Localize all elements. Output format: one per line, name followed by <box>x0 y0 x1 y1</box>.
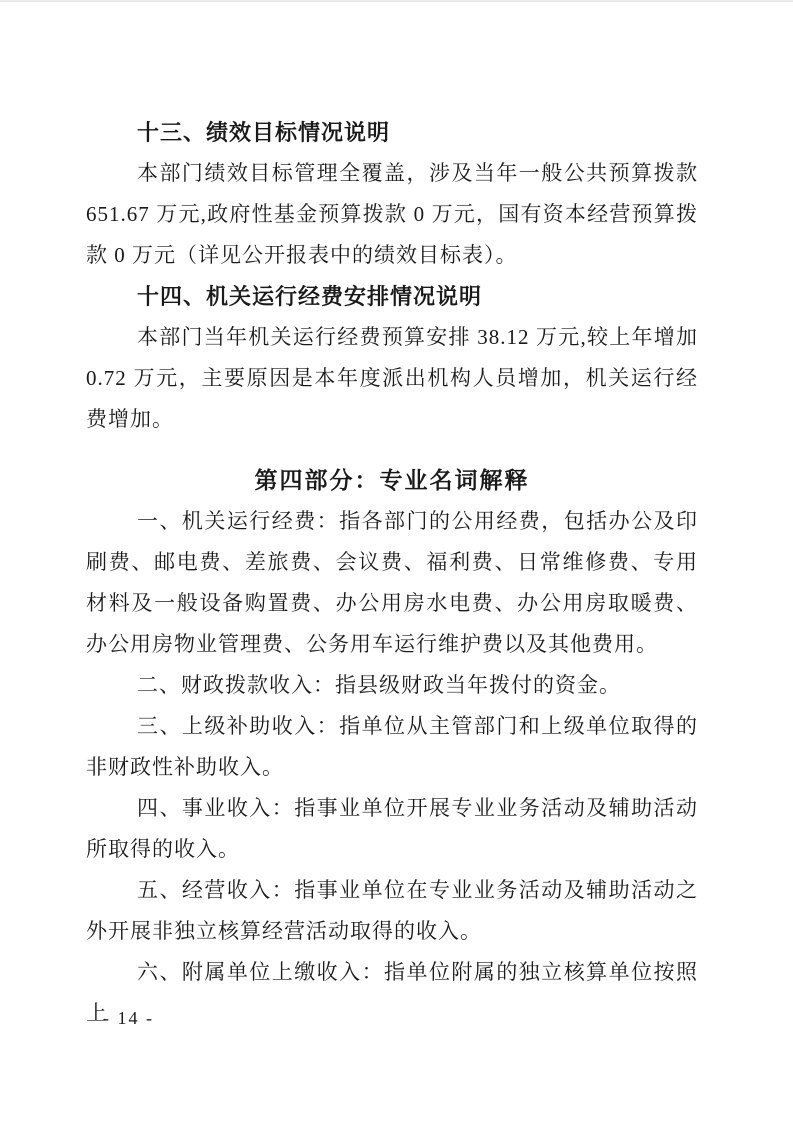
page-number: - 14 - <box>103 1006 154 1030</box>
part-four-heading: 第四部分：专业名词解释 <box>86 460 698 501</box>
definition-business-operation-income: 五、经营收入：指事业单位在专业业务活动及辅助活动之外开展非独立核算经营活动取得的… <box>86 870 698 952</box>
document-page: 十三、绩效目标情况说明 本部门绩效目标管理全覆盖，涉及当年一般公共预算拨款 65… <box>0 0 793 1122</box>
section-fourteen-heading: 十四、机关运行经费安排情况说明 <box>86 276 698 317</box>
page-top-edge-line <box>0 0 793 2</box>
section-operating-funds: 十四、机关运行经费安排情况说明 本部门当年机关运行经费预算安排 38.12 万元… <box>86 276 698 440</box>
definition-affiliated-unit-remitted-income: 六、附属单位上缴收入：指单位附属的独立核算单位按照上 <box>86 952 698 1034</box>
section-thirteen-paragraph: 本部门绩效目标管理全覆盖，涉及当年一般公共预算拨款 651.67 万元,政府性基… <box>86 153 698 276</box>
section-performance-targets: 十三、绩效目标情况说明 本部门绩效目标管理全覆盖，涉及当年一般公共预算拨款 65… <box>86 112 698 276</box>
page-content: 十三、绩效目标情况说明 本部门绩效目标管理全覆盖，涉及当年一般公共预算拨款 65… <box>0 0 793 1034</box>
definition-fiscal-appropriation-income: 二、财政拨款收入：指县级财政当年拨付的资金。 <box>86 665 698 706</box>
definition-organ-operating-funds: 一、机关运行经费：指各部门的公用经费，包括办公及印刷费、邮电费、差旅费、会议费、… <box>86 501 698 665</box>
definition-superior-subsidy-income: 三、上级补助收入：指单位从主管部门和上级单位取得的非财政性补助收入。 <box>86 706 698 788</box>
section-thirteen-heading: 十三、绩效目标情况说明 <box>86 112 698 153</box>
section-fourteen-paragraph: 本部门当年机关运行经费预算安排 38.12 万元,较上年增加 0.72 万元，主… <box>86 317 698 440</box>
definition-institution-income: 四、事业收入：指事业单位开展专业业务活动及辅助活动所取得的收入。 <box>86 788 698 870</box>
